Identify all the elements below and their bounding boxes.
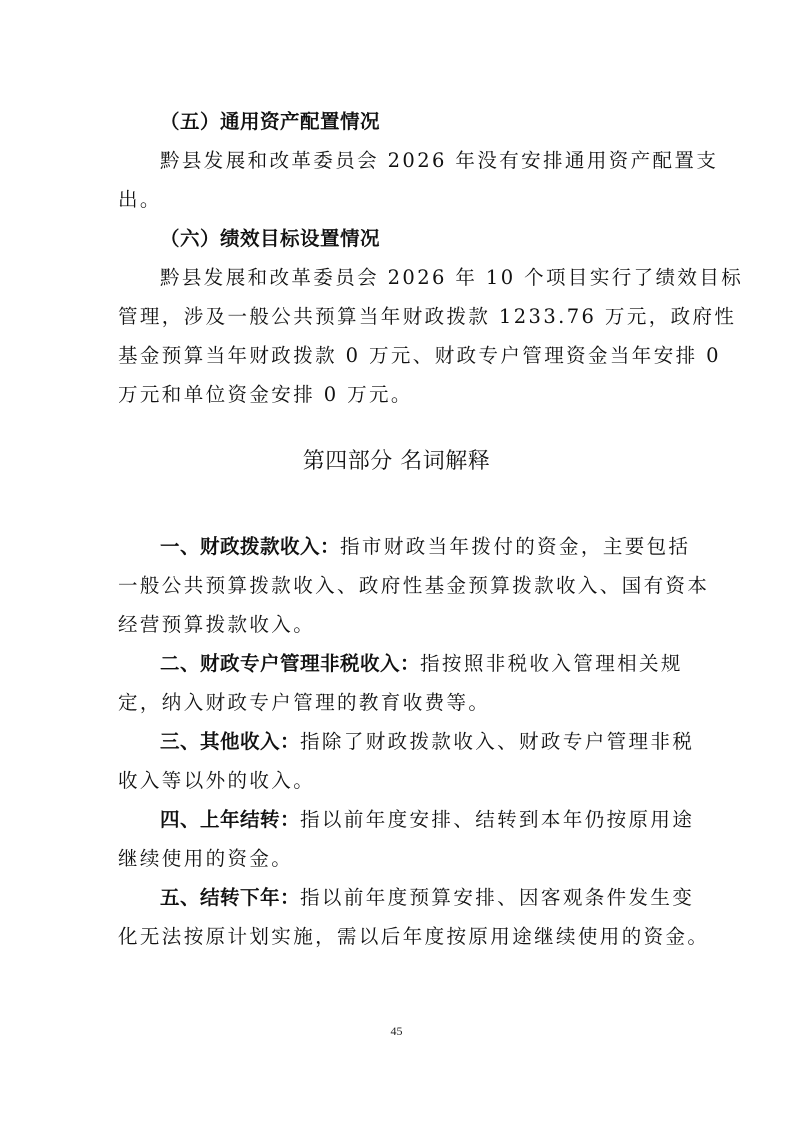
section-six-heading: （六）绩效目标设置情况 bbox=[118, 219, 678, 258]
definition-term: 二、财政专户管理非税收入： bbox=[160, 652, 420, 675]
definition-item: 三、其他收入：指除了财政拨款收入、财政专户管理非税 bbox=[118, 722, 678, 761]
definition-term: 一、财政拨款收入： bbox=[160, 535, 340, 558]
definition-line: 一般公共预算拨款收入、政府性基金预算拨款收入、国有资本 bbox=[118, 566, 678, 605]
definition-text: 指除了财政拨款收入、财政专户管理非税 bbox=[300, 730, 694, 753]
part-four-title: 第四部分 名词解释 bbox=[0, 447, 793, 477]
definition-item: 二、财政专户管理非税收入：指按照非税收入管理相关规 bbox=[118, 644, 678, 683]
definition-text: 指以前年度安排、结转到本年仍按原用途 bbox=[300, 808, 694, 831]
definition-line: 继续使用的资金。 bbox=[118, 839, 678, 878]
definition-text: 指按照非税收入管理相关规 bbox=[420, 652, 683, 675]
definition-term: 三、其他收入： bbox=[160, 730, 300, 753]
definition-term: 五、结转下年： bbox=[160, 886, 300, 909]
definition-line: 经营预算拨款收入。 bbox=[118, 605, 678, 644]
definition-term: 四、上年结转： bbox=[160, 808, 300, 831]
paragraph-line: 黔县发展和改革委员会 2026 年 10 个项目实行了绩效目标 bbox=[118, 258, 678, 297]
definition-text: 指以前年度预算安排、因客观条件发生变 bbox=[300, 886, 694, 909]
paragraph-line: 黔县发展和改革委员会 2026 年没有安排通用资产配置支 bbox=[118, 141, 678, 180]
definition-line: 化无法按原计划实施，需以后年度按原用途继续使用的资金。 bbox=[118, 917, 678, 956]
definition-line: 收入等以外的收入。 bbox=[118, 761, 678, 800]
page-number: 45 bbox=[0, 1024, 793, 1039]
definition-item: 五、结转下年：指以前年度预算安排、因客观条件发生变 bbox=[118, 878, 678, 917]
definition-item: 四、上年结转：指以前年度安排、结转到本年仍按原用途 bbox=[118, 800, 678, 839]
definition-item: 一、财政拨款收入：指市财政当年拨付的资金，主要包括 bbox=[118, 527, 678, 566]
definition-text: 指市财政当年拨付的资金，主要包括 bbox=[340, 535, 690, 558]
paragraph-line: 管理，涉及一般公共预算当年财政拨款 1233.76 万元，政府性 bbox=[118, 297, 678, 336]
section-five-heading: （五）通用资产配置情况 bbox=[118, 102, 678, 141]
paragraph-line: 基金预算当年财政拨款 0 万元、财政专户管理资金当年安排 0 bbox=[118, 336, 678, 375]
document-body-top: （五）通用资产配置情况 黔县发展和改革委员会 2026 年没有安排通用资产配置支… bbox=[118, 102, 678, 414]
definitions-list: 一、财政拨款收入：指市财政当年拨付的资金，主要包括 一般公共预算拨款收入、政府性… bbox=[118, 527, 678, 956]
paragraph-line: 万元和单位资金安排 0 万元。 bbox=[118, 375, 678, 414]
paragraph-line: 出。 bbox=[118, 180, 678, 219]
definition-line: 定，纳入财政专户管理的教育收费等。 bbox=[118, 683, 678, 722]
